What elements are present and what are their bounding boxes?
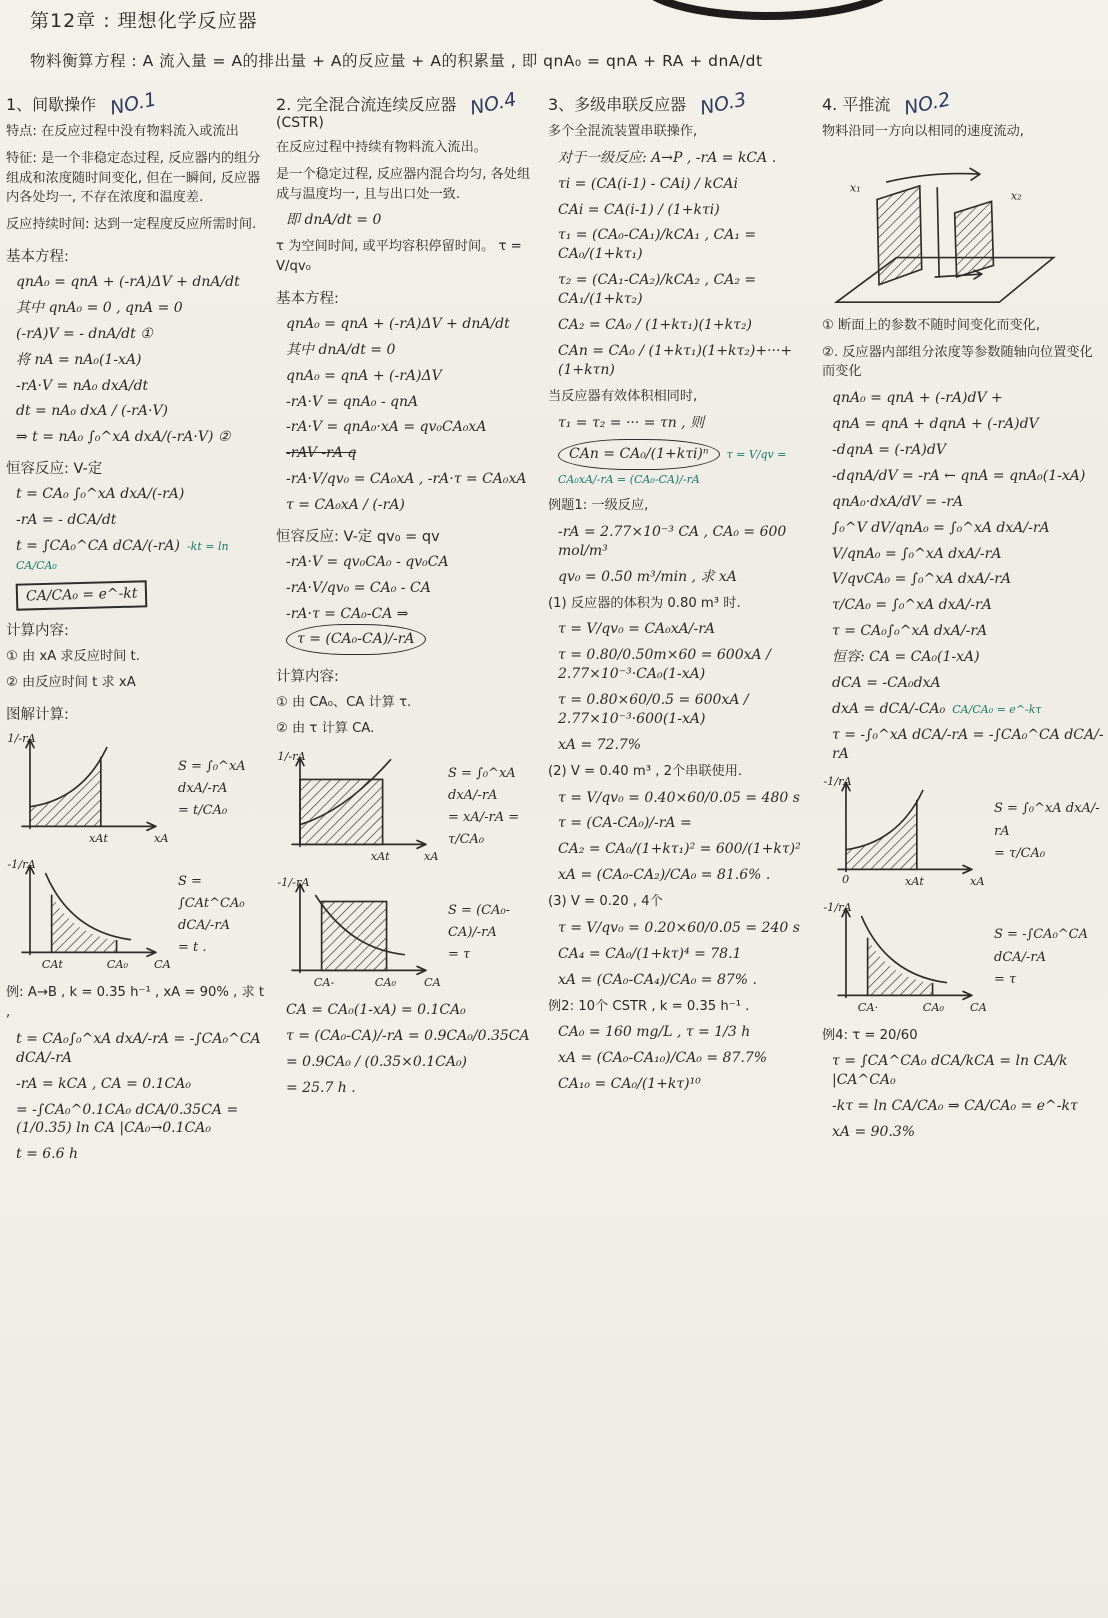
graph-equation-line: S = ∫₀^xA dxA/-rA (448, 763, 542, 807)
note-paragraph: (3) V = 0.20 , 4个 (548, 892, 816, 912)
formula-line: t = CA₀ ∫₀^xA dxA/(-rA) (16, 485, 270, 504)
formula-line: ⇒ t = nA₀ ∫₀^xA dxA/(-rA·V) ② (16, 428, 270, 447)
graph-label-y: -1/rA (823, 900, 851, 913)
formula-line: τ = (CA₀-CA)/-rA = 0.9CA₀/0.35CA (286, 1027, 542, 1046)
formula-line: CA₂ = CA₀ / (1+kτ₁)(1+kτ₂) (558, 316, 816, 335)
formula-line: 其中 dnA/dt = 0 (286, 341, 542, 360)
formula-line: τ = (CA-CA₀)/-rA = (558, 814, 816, 833)
graph-equation-line: = t . (178, 937, 270, 959)
formula-line: τ = CA₀∫₀^xA dxA/-rA (832, 622, 1104, 641)
graph-label-tick: xAt (905, 875, 924, 888)
graph-row: 1/-rAxAtxAS = ∫₀^xA dxA/-rA= xA/-rA = τ/… (276, 746, 542, 868)
formula-line: τ = -∫₀^xA dCA/-rA = -∫CA₀^CA dCA/-rA (832, 726, 1104, 764)
graph-equation-line: = τ (994, 969, 1104, 991)
formula-text: CAn = CA₀ / (1+kτ₁)(1+kτ₂)+···+(1+kτn) (558, 343, 792, 378)
graph-equation-line: S = ∫₀^xA dxA/-rA (994, 798, 1104, 842)
base-plane (836, 257, 1053, 302)
formula-line: dCA = -CA₀dxA (832, 674, 1104, 693)
formula-line: (-rA)V = - dnA/dt ① (16, 325, 270, 344)
note-column-3: 3、多级串联反应器NO.3多个全混流装置串联操作,对于一级反应: A→P , -… (548, 92, 816, 1618)
note-paragraph: (1) 反应器的体积为 0.80 m³ 时. (548, 594, 816, 614)
sketch-row: x₁x₂ (822, 149, 1104, 309)
formula-text: τ = CA₀xA / (-rA) (286, 497, 405, 513)
formula-text: V/qnA₀ = ∫₀^xA dxA/-rA (832, 546, 1001, 562)
graph-row: 1/-rAxAtxAS = ∫₀^xA dxA/-rA= t/CA₀ (6, 728, 270, 850)
formula-line: -rA·V = qnA₀·xA = qv₀CA₀xA (286, 418, 542, 437)
graph-label-y: -1/-rA (277, 876, 309, 889)
graph-equation-line: S = -∫CA₀^CA dCA/-rA (994, 924, 1104, 968)
formula-text: = 25.7 h . (286, 1080, 356, 1096)
formula-line: τ₂ = (CA₁-CA₂)/kCA₂ , CA₂ = CA₁/(1+kτ₂) (558, 271, 816, 309)
graph-equation-line: S = (CA₀-CA)/-rA (448, 900, 542, 944)
formula-line: -rA·V/qv₀ = CA₀ - CA (286, 579, 542, 598)
center-line (937, 188, 939, 277)
graph-equation-line: = t/CA₀ (178, 800, 270, 822)
formula-text: qnA₀ = qnA + (-rA)dV + (832, 390, 1003, 406)
formula-text: qnA₀ = qnA + (-rA)ΔV (286, 368, 442, 384)
formula-text: -rA·V = qv₀CA₀ - qv₀CA (286, 554, 449, 570)
formula-line: τ = ∫CA^CA₀ dCA/kCA = ln CA/k |CA^CA₀ (832, 1052, 1104, 1090)
formula-text: xA = (CA₀-CA₂)/CA₀ = 81.6% . (558, 867, 770, 883)
formula-line: CA = CA₀(1-xA) = 0.1CA₀ (286, 1001, 542, 1020)
note-paragraph: ② 由 τ 计算 CA. (276, 719, 542, 739)
hand-drawn-graph-curveUp: -1/rA0xAtxA (822, 771, 990, 893)
formula-text: -rA = 2.77×10⁻³ CA , CA₀ = 600 mol/m³ (558, 524, 786, 559)
graph-row: -1/rA0xAtxAS = ∫₀^xA dxA/-rA= τ/CA₀ (822, 771, 1104, 893)
formula-line: τ₁ = τ₂ = ··· = τn , 则 (558, 414, 816, 433)
column-number-marker: NO.1 (108, 92, 158, 120)
formula-line: qnA₀ = qnA + (-rA)dV + (832, 389, 1104, 408)
hand-drawn-graph-curveDown: -1/rACA·CA₀CA (822, 897, 990, 1019)
note-paragraph: ②. 反应器内部组分浓度等参数随轴向位置变化而变化 (822, 343, 1104, 383)
formula-line: -dqnA = (-rA)dV (832, 441, 1104, 460)
formula-text: τ = 0.80×60/0.5 = 600xA / 2.77×10⁻³·600(… (558, 692, 749, 727)
graph-label-y: 1/-rA (277, 750, 305, 763)
graph-equation-line: S = ∫CAt^CA₀ dCA/-rA (178, 871, 270, 937)
note-paragraph: 特点: 在反应过程中没有物料流入或流出 (6, 122, 270, 142)
hatch-area (52, 896, 117, 953)
formula-line: dxA = dCA/-CA₀CA/CA₀ = e^-kτ (832, 700, 1104, 719)
graph-equation-line: = τ/CA₀ (994, 843, 1104, 865)
formula-line: -rA = kCA , CA = 0.1CA₀ (16, 1075, 270, 1094)
formula-line: CA/CA₀ = e^-kt (16, 582, 270, 609)
graph-label-tickL: CA· (858, 1001, 878, 1014)
note-column-4: 4. 平推流NO.2物料沿同一方向以相同的速度流动,x₁x₂① 断面上的参数不随… (822, 92, 1104, 1618)
formula-text: 将 nA = nA₀(1-xA) (16, 352, 142, 368)
graph-label-tickL: CAt (42, 958, 64, 971)
formula-line: dt = nA₀ dxA / (-rA·V) (16, 402, 270, 421)
formula-line: CAn = CA₀/(1+kτi)ⁿτ = V/qv = CA₀xA/-rA =… (558, 439, 816, 489)
formula-line: 对于一级反应: A→P , -rA = kCA . (558, 149, 816, 168)
formula-line: = 25.7 h . (286, 1079, 542, 1098)
column-heading-row: 3、多级串联反应器NO.3 (548, 92, 816, 115)
graph-strokes (292, 758, 426, 849)
formula-text: dCA = -CA₀dxA (832, 675, 941, 691)
note-subheading: 恒容反应: V-定 qv₀ = qv (276, 525, 542, 546)
pfr-3d-sketch: x₁x₂ (822, 149, 1066, 309)
note-paragraph: 是一个稳定过程, 反应器内混合均匀, 各处组成与温度均一, 且与出口处一致. (276, 165, 542, 205)
formula-text: -rA·V = nA₀ dxA/dt (16, 378, 148, 394)
graph-label-tickL: CA- (314, 976, 335, 989)
graph-label-x: xA (154, 832, 169, 845)
graph-label-x: xA (424, 850, 439, 863)
graph-row: -1/-rACA-CA₀CAS = (CA₀-CA)/-rA= τ (276, 872, 542, 994)
formula-text: 其中 dnA/dt = 0 (286, 342, 395, 358)
formula-text: τ₁ = (CA₀-CA₁)/kCA₁ , CA₁ = CA₀/(1+kτ₁) (558, 227, 756, 262)
graph-strokes (22, 740, 156, 831)
formula-text: CA₂ = CA₀/(1+kτ₁)² = 600/(1+kτ)² (558, 841, 801, 857)
formula-line: -dqnA/dV = -rA ← qnA = qnA₀(1-xA) (832, 467, 1104, 486)
formula-line: CA₁₀ = CA₀/(1+kτ)¹⁰ (558, 1075, 816, 1094)
formula-line: qnA₀ = qnA + (-rA)ΔV + dnA/dt (286, 315, 542, 334)
formula-line: 即 dnA/dt = 0 (286, 211, 542, 230)
column-heading-row: 1、间歇操作NO.1 (6, 92, 270, 115)
formula-line: xA = (CA₀-CA₂)/CA₀ = 81.6% . (558, 866, 816, 885)
margin-annotation: CA/CA₀ = e^-kτ (952, 703, 1041, 716)
note-paragraph: 物料沿同一方向以相同的速度流动, (822, 122, 1104, 142)
hatch-area (868, 938, 933, 995)
note-subheading: 基本方程: (6, 245, 270, 266)
formula-line: V/qvCA₀ = ∫₀^xA dxA/-rA (832, 570, 1104, 589)
graph-strokes (838, 908, 972, 999)
formula-text: τi = (CA(i-1) - CAi) / kCAi (558, 176, 738, 192)
chapter-title: 第12章 : 理想化学反应器 (30, 6, 1090, 33)
formula-text: -rAV -rA q (286, 445, 356, 461)
formula-text: ⇒ t = nA₀ ∫₀^xA dxA/(-rA·V) ② (16, 429, 230, 445)
formula-line: CA₂ = CA₀/(1+kτ₁)² = 600/(1+kτ)² (558, 840, 816, 859)
formula-text: τ = -∫₀^xA dCA/-rA = -∫CA₀^CA dCA/-rA (832, 727, 1104, 762)
formula-line: xA = 90.3% (832, 1123, 1104, 1142)
formula-text: CA = CA₀(1-xA) = 0.1CA₀ (286, 1002, 466, 1018)
column-heading-row: 4. 平推流NO.2 (822, 92, 1104, 115)
flow-arrow-top (887, 168, 980, 182)
graph-label-tickR: CA₀ (923, 1001, 945, 1014)
formula-text: -kτ = ln CA/CA₀ ⇒ CA/CA₀ = e^-kτ (832, 1098, 1078, 1114)
formula-line: -rA = - dCA/dt (16, 511, 270, 530)
column-heading: 3、多级串联反应器 (548, 95, 686, 114)
note-subheading: 恒容反应: V-定 (6, 457, 270, 478)
formula-text: t = 6.6 h (16, 1146, 78, 1162)
formula-text: CA₄ = CA₀/(1+kτ)⁴ = 78.1 (558, 946, 741, 962)
graph-label-y: -1/rA (7, 858, 35, 871)
formula-line: 恒容: CA = CA₀(1-xA) (832, 648, 1104, 667)
graph-label-tick: xAt (371, 850, 390, 863)
formula-text: = 0.9CA₀ / (0.35×0.1CA₀) (286, 1054, 467, 1070)
note-paragraph: 例题1: 一级反应, (548, 496, 816, 516)
formula-line: -rA = 2.77×10⁻³ CA , CA₀ = 600 mol/m³ (558, 523, 816, 561)
formula-line: -kτ = ln CA/CA₀ ⇒ CA/CA₀ = e^-kτ (832, 1097, 1104, 1116)
formula-line: qv₀ = 0.50 m³/min , 求 xA (558, 568, 816, 587)
formula-text: qv₀ = 0.50 m³/min , 求 xA (558, 569, 737, 585)
note-paragraph: ① 由 CA₀、CA 计算 τ. (276, 693, 542, 713)
formula-text: qnA₀ = qnA + (-rA)ΔV + dnA/dt (286, 316, 510, 332)
formula-text: τ = CA₀∫₀^xA dxA/-rA (832, 623, 987, 639)
formula-text: -rA·V = qnA₀ - qnA (286, 394, 418, 410)
formula-text: t = ∫CA₀^CA dCA/(-rA) (16, 538, 180, 554)
formula-line: V/qnA₀ = ∫₀^xA dxA/-rA (832, 545, 1104, 564)
graph-equation-line: S = ∫₀^xA dxA/-rA (178, 756, 270, 800)
formula-text: -rA = - dCA/dt (16, 512, 116, 528)
formula-text: τ = V/qv₀ = CA₀xA/-rA (558, 621, 715, 637)
column-heading: 4. 平推流 (822, 95, 890, 114)
note-paragraph: 例2: 10个 CSTR , k = 0.35 h⁻¹ . (548, 997, 816, 1017)
formula-text: τ = V/qv₀ = 0.20×60/0.05 = 240 s (558, 920, 800, 936)
hand-drawn-graph-rectDown: -1/-rACA-CA₀CA (276, 872, 444, 994)
formula-line: τ = V/qv₀ = 0.40×60/0.05 = 480 s (558, 789, 816, 808)
formula-text: τ = ∫CA^CA₀ dCA/kCA = ln CA/k |CA^CA₀ (832, 1053, 1068, 1088)
graph-label-x2: x₂ (1011, 189, 1022, 202)
formula-line: xA = (CA₀-CA₁₀)/CA₀ = 87.7% (558, 1049, 816, 1068)
graph-strokes (292, 884, 426, 975)
circled-formula: τ = (CA₀-CA)/-rA (286, 624, 426, 655)
formula-line: CA₀ = 160 mg/L , τ = 1/3 h (558, 1023, 816, 1042)
column-subheading: (CSTR) (276, 115, 542, 131)
formula-line: = 0.9CA₀ / (0.35×0.1CA₀) (286, 1053, 542, 1072)
column-number-marker: NO.2 (903, 92, 953, 120)
formula-line: xA = 72.7% (558, 736, 816, 755)
graph-strokes (22, 866, 156, 957)
graph-label-x: CA (424, 976, 441, 989)
note-paragraph: 特征: 是一个非稳定态过程, 反应器内的组分组成和浓度随时间变化, 但在一瞬间,… (6, 149, 270, 208)
graph-row: -1/rACA·CA₀CAS = -∫CA₀^CA dCA/-rA= τ (822, 897, 1104, 1019)
boxed-formula: CA/CA₀ = e^-kt (16, 580, 148, 610)
graph-label-x: xA (970, 875, 985, 888)
formula-line: -rA·V = qv₀CA₀ - qv₀CA (286, 553, 542, 572)
graph-equations: S = -∫CA₀^CA dCA/-rA= τ (994, 924, 1104, 990)
graph-label-tickR: CA₀ (375, 976, 397, 989)
note-paragraph: 当反应器有效体积相同时, (548, 387, 816, 407)
formula-line: CA₄ = CA₀/(1+kτ)⁴ = 78.1 (558, 945, 816, 964)
formula-line: τ = V/qv₀ = CA₀xA/-rA (558, 620, 816, 639)
graph-label-x: CA (970, 1001, 987, 1014)
formula-text: -rA = kCA , CA = 0.1CA₀ (16, 1076, 191, 1092)
note-paragraph: 多个全混流装置串联操作, (548, 122, 816, 142)
formula-text: 其中 qnA₀ = 0 , qnA = 0 (16, 300, 183, 316)
formula-text: -dqnA/dV = -rA ← qnA = qnA₀(1-xA) (832, 468, 1085, 484)
slab-1 (877, 186, 922, 285)
formula-line: qnA₀·dxA/dV = -rA (832, 493, 1104, 512)
note-paragraph: ② 由反应时间 t 求 xA (6, 673, 270, 693)
formula-text: ∫₀^V dV/qnA₀ = ∫₀^xA dxA/-rA (832, 520, 1050, 536)
formula-text: CA₁₀ = CA₀/(1+kτ)¹⁰ (558, 1076, 701, 1092)
formula-line: CAi = CA(i-1) / (1+kτi) (558, 201, 816, 220)
graph-strokes (836, 168, 1053, 302)
formula-line: τ/CA₀ = ∫₀^xA dxA/-rA (832, 596, 1104, 615)
formula-line: xA = (CA₀-CA₄)/CA₀ = 87% . (558, 971, 816, 990)
formula-line: t = ∫CA₀^CA dCA/(-rA)-kt = ln CA/CA₀ (16, 537, 270, 575)
note-paragraph: 在反应过程中持续有物料流入流出。 (276, 138, 542, 158)
formula-text: t = CA₀∫₀^xA dxA/-rA = -∫CA₀^CA dCA/-rA (16, 1031, 261, 1066)
note-paragraph: 反应持续时间: 达到一定程度反应所需时间. (6, 215, 270, 235)
formula-line: -rA·V = nA₀ dxA/dt (16, 377, 270, 396)
note-column-2: 2. 完全混合流连续反应器NO.4(CSTR)在反应过程中持续有物料流入流出。是… (276, 92, 542, 1618)
formula-line: qnA = qnA + dqnA + (-rA)dV (832, 415, 1104, 434)
formula-text: τ₂ = (CA₁-CA₂)/kCA₂ , CA₂ = CA₁/(1+kτ₂) (558, 272, 756, 307)
note-paragraph: 例4: τ = 20/60 (822, 1026, 1104, 1046)
circled-formula: CAn = CA₀/(1+kτi)ⁿ (558, 439, 720, 470)
graph-label-y: -1/rA (823, 774, 851, 787)
formula-text: τ = V/qv₀ = 0.40×60/0.05 = 480 s (558, 790, 800, 806)
note-column-1: 1、间歇操作NO.1特点: 在反应过程中没有物料流入或流出特征: 是一个非稳定态… (6, 92, 270, 1618)
formula-text: 恒容: CA = CA₀(1-xA) (832, 649, 980, 665)
formula-text: τ/CA₀ = ∫₀^xA dxA/-rA (832, 597, 992, 613)
formula-line: t = 6.6 h (16, 1145, 270, 1164)
formula-line: -rA·V/qv₀ = CA₀xA , -rA·τ = CA₀xA (286, 470, 542, 489)
note-paragraph: ① 由 xA 求反应时间 t. (6, 647, 270, 667)
formula-text: (-rA)V = - dnA/dt ① (16, 326, 153, 342)
formula-line: τ = V/qv₀ = 0.20×60/0.05 = 240 s (558, 919, 816, 938)
formula-text: τ = (CA-CA₀)/-rA = (558, 815, 692, 831)
formula-text: 即 dnA/dt = 0 (286, 212, 381, 228)
note-subheading: 图解计算: (6, 703, 270, 724)
slab-2 (955, 201, 994, 277)
graph-label-x0: 0 (842, 873, 849, 886)
hand-drawn-graph-curveDown: -1/rACAtCA₀CA (6, 854, 174, 976)
formula-text: CA₂ = CA₀ / (1+kτ₁)(1+kτ₂) (558, 317, 752, 333)
formula-text: -rA·V/qv₀ = CA₀ - CA (286, 580, 431, 596)
hand-drawn-graph-curveUp: 1/-rAxAtxA (6, 728, 174, 850)
graph-equations: S = ∫₀^xA dxA/-rA= t/CA₀ (178, 756, 270, 822)
formula-line: qnA₀ = qnA + (-rA)ΔV (286, 367, 542, 386)
formula-line: ∫₀^V dV/qnA₀ = ∫₀^xA dxA/-rA (832, 519, 1104, 538)
formula-line: τ₁ = (CA₀-CA₁)/kCA₁ , CA₁ = CA₀/(1+kτ₁) (558, 226, 816, 264)
note-paragraph: τ 为空间时间, 或平均容积停留时间。 τ = V/qv₀ (276, 237, 542, 277)
formula-text: qnA = qnA + dqnA + (-rA)dV (832, 416, 1039, 432)
formula-text: dxA = dCA/-CA₀ (832, 701, 945, 717)
note-subheading: 基本方程: (276, 287, 542, 308)
note-paragraph: ① 断面上的参数不随时间变化而变化, (822, 316, 1104, 336)
graph-label-y: 1/-rA (7, 732, 35, 745)
formula-text: dt = nA₀ dxA / (-rA·V) (16, 403, 168, 419)
formula-line: 将 nA = nA₀(1-xA) (16, 351, 270, 370)
formula-text: xA = 72.7% (558, 737, 641, 753)
note-paragraph: (2) V = 0.40 m³ , 2个串联使用. (548, 762, 816, 782)
formula-line: qnA₀ = qnA + (-rA)ΔV + dnA/dt (16, 273, 270, 292)
formula-text: = -∫CA₀^0.1CA₀ dCA/0.35CA = (1/0.35) ln … (16, 1102, 238, 1137)
graph-equations: S = (CA₀-CA)/-rA= τ (448, 900, 542, 966)
column-number-marker: NO.3 (698, 92, 748, 120)
formula-line: -rA·V = qnA₀ - qnA (286, 393, 542, 412)
graph-label-tickR: CA₀ (107, 958, 129, 971)
formula-text: t = CA₀ ∫₀^xA dxA/(-rA) (16, 486, 184, 502)
formula-text: V/qvCA₀ = ∫₀^xA dxA/-rA (832, 571, 1011, 587)
formula-line: -rAV -rA q (286, 444, 542, 463)
formula-line: τ = CA₀xA / (-rA) (286, 496, 542, 515)
note-subheading: 计算内容: (276, 665, 542, 686)
formula-text: -rA·τ = CA₀-CA ⇒ (286, 606, 409, 622)
formula-line: CAn = CA₀ / (1+kτ₁)(1+kτ₂)+···+(1+kτn) (558, 342, 816, 380)
graph-equations: S = ∫CAt^CA₀ dCA/-rA= t . (178, 871, 270, 959)
formula-line: τi = (CA(i-1) - CAi) / kCAi (558, 175, 816, 194)
material-balance-equation: 物料衡算方程 : A 流入量 = A的排出量 + A的反应量 + A的积累量 ,… (30, 49, 1090, 71)
note-paragraph: 例: A→B , k = 0.35 h⁻¹ , xA = 90% , 求 t , (6, 983, 270, 1023)
formula-text: CAi = CA(i-1) / (1+kτi) (558, 202, 720, 218)
formula-text: 对于一级反应: A→P , -rA = kCA . (558, 150, 776, 166)
formula-text: τ = 0.80/0.50m×60 = 600xA / 2.77×10⁻³·CA… (558, 647, 771, 682)
formula-line: -rA·τ = CA₀-CA ⇒τ = (CA₀-CA)/-rA (286, 605, 542, 655)
formula-text: τ₁ = τ₂ = ··· = τn , 则 (558, 415, 704, 431)
graph-equations: S = ∫₀^xA dxA/-rA= xA/-rA = τ/CA₀ (448, 763, 542, 851)
graph-label-x1: x₁ (850, 181, 861, 194)
formula-text: xA = (CA₀-CA₄)/CA₀ = 87% . (558, 972, 757, 988)
column-heading-row: 2. 完全混合流连续反应器NO.4 (276, 92, 542, 115)
hand-drawn-graph-rectUp: 1/-rAxAtxA (276, 746, 444, 868)
formula-text: qnA₀ = qnA + (-rA)ΔV + dnA/dt (16, 274, 240, 290)
column-heading: 1、间歇操作 (6, 95, 96, 114)
formula-text: xA = (CA₀-CA₁₀)/CA₀ = 87.7% (558, 1050, 767, 1066)
formula-line: = -∫CA₀^0.1CA₀ dCA/0.35CA = (1/0.35) ln … (16, 1101, 270, 1139)
formula-text: qnA₀·dxA/dV = -rA (832, 494, 963, 510)
hatch-area (30, 758, 101, 827)
hatch-area (846, 800, 917, 869)
graph-equations: S = ∫₀^xA dxA/-rA= τ/CA₀ (994, 798, 1104, 864)
note-subheading: 计算内容: (6, 619, 270, 640)
formula-line: τ = 0.80×60/0.5 = 600xA / 2.77×10⁻³·600(… (558, 691, 816, 729)
graph-row: -1/rACAtCA₀CAS = ∫CAt^CA₀ dCA/-rA= t . (6, 854, 270, 976)
formula-text: CA₀ = 160 mg/L , τ = 1/3 h (558, 1024, 750, 1040)
formula-line: τ = 0.80/0.50m×60 = 600xA / 2.77×10⁻³·CA… (558, 646, 816, 684)
formula-text: -rA·V/qv₀ = CA₀xA , -rA·τ = CA₀xA (286, 471, 527, 487)
formula-text: -rA·V = qnA₀·xA = qv₀CA₀xA (286, 419, 486, 435)
graph-label-tick: xAt (89, 832, 108, 845)
column-heading: 2. 完全混合流连续反应器 (276, 95, 456, 114)
formula-line: t = CA₀∫₀^xA dxA/-rA = -∫CA₀^CA dCA/-rA (16, 1030, 270, 1068)
formula-text: τ = (CA₀-CA)/-rA = 0.9CA₀/0.35CA (286, 1028, 530, 1044)
graph-label-x: CA (154, 958, 171, 971)
graph-equation-line: = τ (448, 944, 542, 966)
formula-line: 其中 qnA₀ = 0 , qnA = 0 (16, 299, 270, 318)
hatch-rect (300, 780, 383, 845)
notes-page: 第12章 : 理想化学反应器 物料衡算方程 : A 流入量 = A的排出量 + … (0, 0, 1108, 1618)
page-header: 第12章 : 理想化学反应器 物料衡算方程 : A 流入量 = A的排出量 + … (30, 6, 1090, 71)
formula-text: xA = 90.3% (832, 1124, 915, 1140)
graph-equation-line: = xA/-rA = τ/CA₀ (448, 807, 542, 851)
formula-text: -dqnA = (-rA)dV (832, 442, 946, 458)
graph-strokes (838, 782, 972, 873)
